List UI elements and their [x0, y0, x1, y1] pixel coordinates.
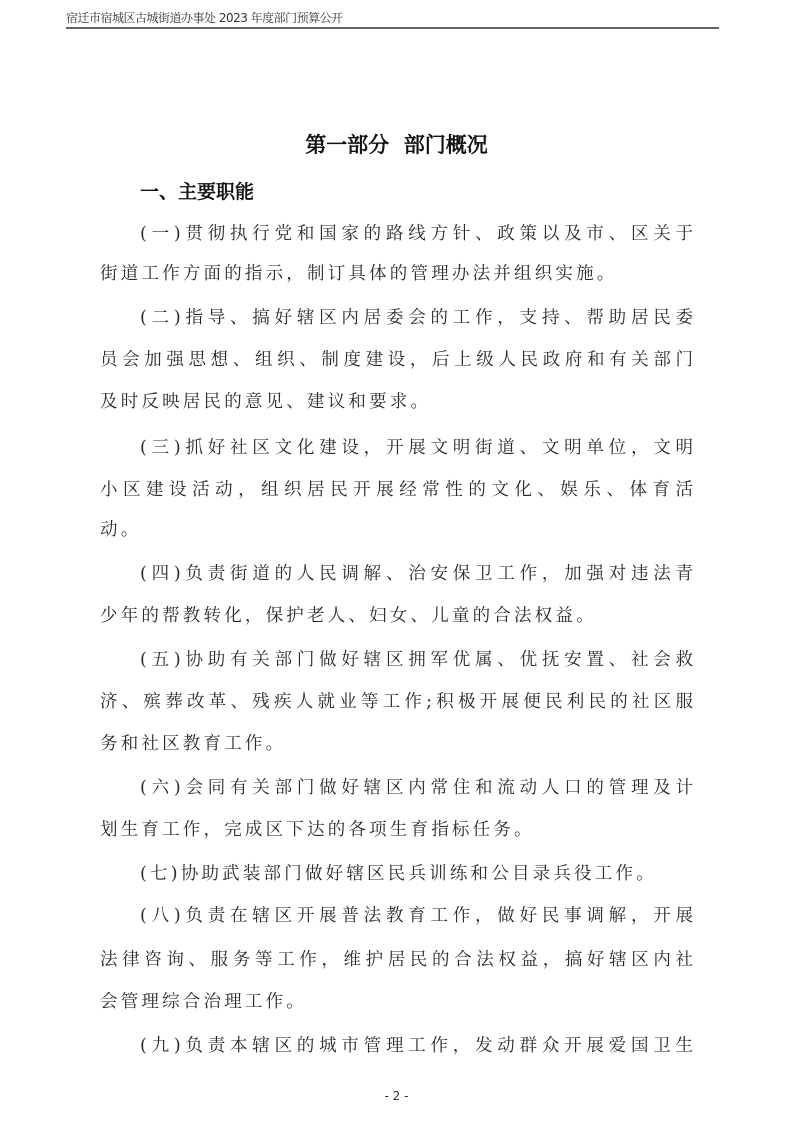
paragraph-line: (二)指导、搞好辖区内居委会的工作，支持、帮助居民委: [140, 304, 693, 329]
paragraph-line: 员会加强思想、组织、制度建设，后上级人民政府和有关部门: [100, 346, 693, 371]
paragraph-line: (一)贯彻执行党和国家的路线方针、政策以及市、区关于: [140, 220, 693, 245]
paragraph-line: 动。: [100, 516, 693, 541]
paragraph-line: (三)抓好社区文化建设，开展文明街道、文明单位，文明: [140, 434, 693, 459]
paragraph-line: 法律咨询、服务等工作，维护居民的合法权益，搞好辖区内社: [100, 946, 693, 971]
running-header-title: 宿迁市宿城区古城街道办事处 2023 年度部门预算公开: [66, 9, 343, 26]
page-number: - 2 -: [0, 1089, 793, 1103]
section-heading: 一、主要职能: [140, 177, 254, 204]
paragraph-line: 及时反映居民的意见、建议和要求。: [100, 388, 693, 413]
paragraph-line: 划生育工作，完成区下达的各项生育指标任务。: [100, 816, 693, 841]
paragraph-line: (四)负责街道的人民调解、治安保卫工作，加强对违法青: [140, 560, 693, 585]
header-divider: [66, 27, 719, 29]
paragraph-line: 少年的帮教转化，保护老人、妇女、儿童的合法权益。: [100, 602, 693, 627]
paragraph-line: (六)会同有关部门做好辖区内常住和流动人口的管理及计: [140, 774, 693, 799]
paragraph-line: (八)负责在辖区开展普法教育工作，做好民事调解，开展: [140, 902, 693, 927]
paragraph-line: (七)协助武装部门做好辖区民兵训练和公目录兵役工作。: [140, 860, 693, 885]
paragraph-line: 务和社区教育工作。: [100, 730, 693, 755]
part-title: 第一部分 部门概况: [0, 129, 793, 159]
paragraph-line: (五)协助有关部门做好辖区拥军优属、优抚安置、社会救: [140, 646, 693, 671]
paragraph-line: 济、殡葬改革、残疾人就业等工作;积极开展便民利民的社区服: [100, 688, 693, 713]
paragraph-line: 小区建设活动，组织居民开展经常性的文化、娱乐、体育活: [100, 476, 693, 501]
paragraph-line: (九)负责本辖区的城市管理工作，发动群众开展爱国卫生: [140, 1032, 693, 1057]
paragraph-line: 会管理综合治理工作。: [100, 988, 693, 1013]
paragraph-line: 街道工作方面的指示，制订具体的管理办法并组织实施。: [100, 260, 693, 285]
